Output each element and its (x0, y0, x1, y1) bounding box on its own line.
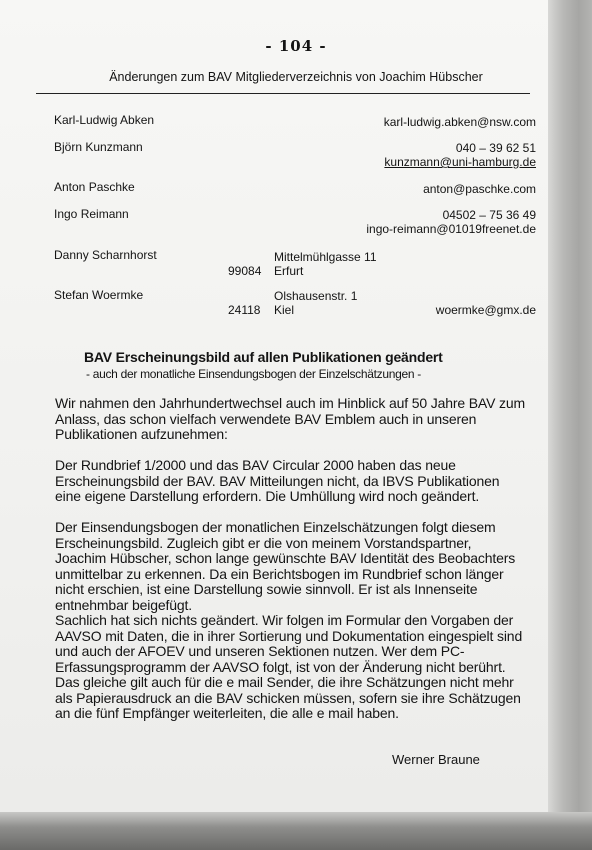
member-name: Björn Kunzmann (54, 140, 143, 154)
article-subtitle: - auch der monatliche Einsendungsbogen d… (86, 367, 421, 381)
member-street: Olshausenstr. 1 (274, 289, 357, 303)
member-phone: 040 – 39 62 51 (456, 141, 536, 155)
member-email[interactable]: karl-ludwig.abken@nsw.com (384, 115, 536, 129)
scan-edge-right (548, 0, 592, 850)
member-phone: 04502 – 75 36 49 (443, 208, 536, 222)
header-rule (36, 93, 530, 94)
member-name: Stefan Woermke (54, 288, 143, 302)
member-name: Anton Paschke (54, 180, 135, 194)
member-name: Danny Scharnhorst (54, 248, 157, 262)
member-email[interactable]: anton@paschke.com (423, 182, 536, 196)
article-paragraph: Wir nahmen den Jahrhundertwechsel auch i… (55, 396, 525, 443)
member-postcode: 24118 (228, 303, 260, 317)
member-city: Erfurt (274, 264, 303, 278)
member-city: Kiel (274, 303, 294, 317)
member-name: Ingo Reimann (54, 207, 129, 221)
scan-edge-bottom (0, 812, 592, 850)
member-email[interactable]: woermke@gmx.de (436, 303, 536, 317)
member-name: Karl-Ludwig Abken (54, 113, 154, 127)
member-email[interactable]: ingo-reimann@01019freenet.de (366, 222, 536, 236)
running-header: Änderungen zum BAV Mitgliederverzeichnis… (0, 70, 592, 84)
article-paragraph: Der Einsendungsbogen der monatlichen Ein… (55, 520, 525, 613)
member-street: Mittelmühlgasse 11 (274, 250, 377, 264)
member-email[interactable]: kunzmann@uni-hamburg.de (384, 155, 536, 169)
article-paragraph: Der Rundbrief 1/2000 und das BAV Circula… (55, 458, 525, 505)
signature: Werner Braune (392, 752, 480, 767)
article-paragraph: Sachlich hat sich nichts geändert. Wir f… (55, 613, 525, 722)
page-number: - 104 - (0, 37, 592, 55)
member-postcode: 99084 (228, 264, 261, 278)
article-title: BAV Erscheinungsbild auf allen Publikati… (84, 349, 443, 365)
